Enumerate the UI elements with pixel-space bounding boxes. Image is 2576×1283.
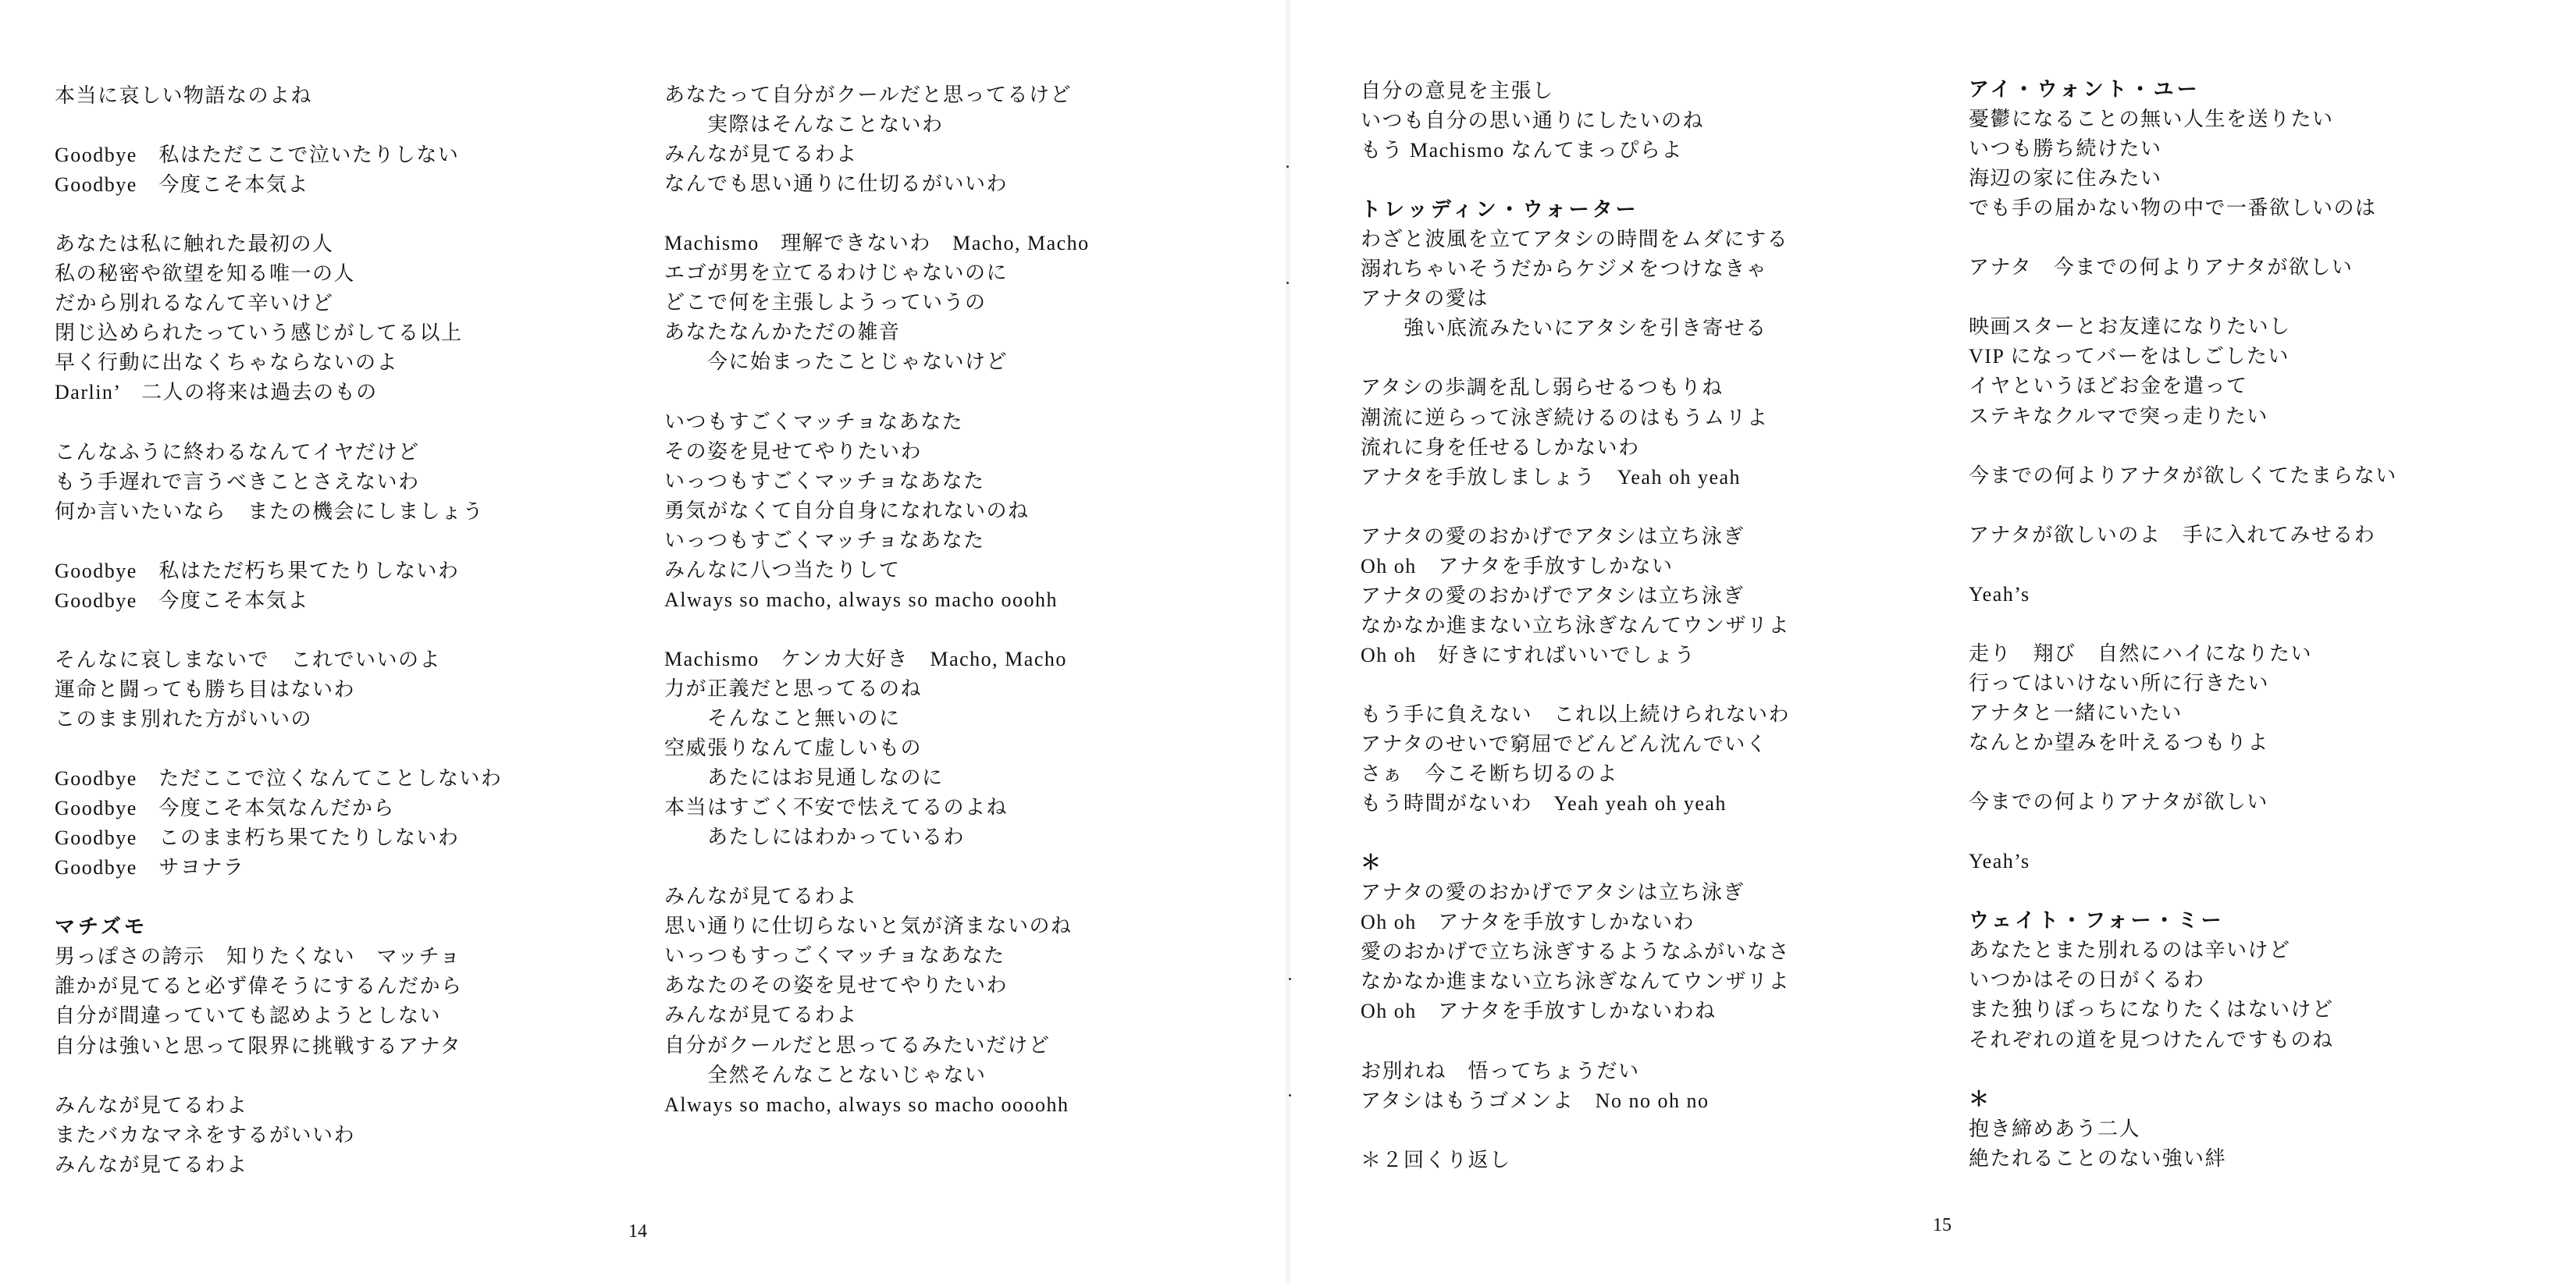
lyric-line: Oh oh アナタを手放すしかないわね: [1361, 997, 1954, 1026]
lyric-line: いつも勝ち続けたい: [1969, 134, 2562, 164]
page-number-right: 15: [1933, 1216, 1952, 1235]
lyric-line: さぁ 今こそ断ち切るのよ: [1361, 759, 1954, 789]
lyric-line: アナタのせいで窮屈でどんどん沈んでいく: [1361, 730, 1954, 759]
lyric-line: 自分がクールだと思ってるみたいだけど: [664, 1031, 1258, 1061]
lyric-line: アナタが欲しいのよ 手に入れてみせるわ: [1969, 521, 2562, 550]
lyric-line: 抱き締めあう二人: [1969, 1114, 2562, 1144]
lyric-line: いつかはその日がくるわ: [1969, 965, 2562, 995]
lyric-line: 流れに身を任せるしかないわ: [1361, 433, 1954, 463]
lyric-line: 全然そんなことないじゃない: [664, 1061, 1258, 1090]
lyrics-column-page15-left: 自分の意見を主張しいつも自分の思い通りにしたいのねもう Machismo なんて…: [1361, 76, 1954, 1175]
lyric-line: あたしにはわかっているわ: [664, 823, 1258, 852]
lyric-line: Goodbye 私はただここで泣いたりしない: [55, 140, 648, 170]
lyric-line: みんなが見てるわよ: [55, 1150, 648, 1180]
lyric-line: Oh oh アナタを手放すしかないわ: [1361, 908, 1954, 937]
lyric-line: Machismo ケンカ大好き Macho, Macho: [664, 645, 1258, 674]
lyric-line: あなたは私に触れた最初の人: [55, 229, 648, 259]
lyric-line: Goodbye 今度こそ本気よ: [55, 586, 648, 616]
lyric-line: 閉じ込められたっていう感じがしてる以上: [55, 318, 648, 348]
lyric-line: 潮流に逆らって泳ぎ続けるのはもうムリよ: [1361, 403, 1954, 433]
lyric-line: もう手遅れで言うべきことさえないわ: [55, 467, 648, 497]
lyric-line: 勇気がなくて自分自身になれないのね: [664, 496, 1258, 526]
lyric-line: わざと波風を立てアタシの時間をムダにする: [1361, 225, 1954, 254]
lyric-line: アナタと一緒にいたい: [1969, 698, 2562, 728]
stanza-break: [1361, 819, 1954, 848]
lyric-line: Goodbye 私はただ朽ち果てたりしないわ: [55, 556, 648, 586]
stanza-break: [1969, 283, 2562, 312]
lyric-line: Goodbye このまま朽ち果てたりしないわ: [55, 823, 648, 853]
lyric-line: 誰かが見てると必ず偉そうにするんだから: [55, 972, 648, 1001]
chorus-marker: ＊: [1361, 848, 1954, 878]
lyric-line: なかなか進まない立ち泳ぎなんてウンザリよ: [1361, 611, 1954, 641]
lyric-line: Yeah’s: [1969, 580, 2562, 610]
song-title: アイ・ウォント・ユー: [1969, 75, 2562, 105]
lyric-line: 愛のおかげで立ち泳ぎするようなふがいなさ: [1361, 937, 1954, 967]
stanza-break: [1969, 223, 2562, 253]
lyric-line: Darlin’ 二人の将来は過去のもの: [55, 378, 648, 407]
song-title: トレッディン・ウォーター: [1361, 195, 1954, 225]
lyric-line: 自分が間違っていても認めようとしない: [55, 1001, 648, 1031]
lyric-line: 溺れちゃいそうだからケジメをつけなきゃ: [1361, 254, 1954, 284]
stanza-break: [55, 527, 648, 556]
lyric-line: 私の秘密や欲望を知る唯一の人: [55, 259, 648, 289]
lyric-line: アナタの愛のおかげでアタシは立ち泳ぎ: [1361, 878, 1954, 908]
song-title: マチズモ: [55, 912, 648, 942]
lyric-line: Goodbye ただここで泣くなんてことしないわ: [55, 764, 648, 794]
stanza-break: [1969, 610, 2562, 639]
lyric-line: アタシの歩調を乱し弱らせるつもりね: [1361, 373, 1954, 403]
stanza-break: [1361, 165, 1954, 195]
lyric-line: 今までの何よりアナタが欲しくてたまらない: [1969, 461, 2562, 491]
lyric-line: 自分は強いと思って限界に挑戦するアナタ: [55, 1032, 648, 1061]
lyric-line: 今に始まったことじゃないけど: [664, 347, 1258, 377]
lyric-line: いつもすごくマッチョなあなた: [664, 407, 1258, 437]
lyric-line: VIP になってバーをはしごしたい: [1969, 342, 2562, 371]
lyric-line: アナタを手放しましょう Yeah oh yeah: [1361, 463, 1954, 492]
lyric-line: 男っぽさの誇示 知りたくない マッチョ: [55, 942, 648, 972]
stanza-break: [1969, 432, 2562, 461]
stanza-break: [1361, 343, 1954, 373]
lyric-line: なかなか進まない立ち泳ぎなんてウンザリよ: [1361, 967, 1954, 997]
stanza-break: [1969, 550, 2562, 580]
lyric-line: あなたって自分がクールだと思ってるけど: [664, 80, 1258, 110]
lyric-line: お別れね 悟ってちょうだい: [1361, 1057, 1954, 1086]
lyric-line: なんとか望みを叶えるつもりよ: [1969, 728, 2562, 758]
stanza-break: [1361, 492, 1954, 522]
stanza-break: [1969, 1055, 2562, 1085]
chorus-marker: ＊: [1969, 1085, 2562, 1114]
lyric-line: いつも自分の思い通りにしたいのね: [1361, 106, 1954, 136]
lyric-line: アナタの愛は: [1361, 284, 1954, 314]
lyric-line: イヤというほどお金を遣って: [1969, 371, 2562, 401]
lyric-line: 力が正義だと思ってるのね: [664, 674, 1258, 704]
lyric-line: 絶たれることのない強い絆: [1969, 1144, 2562, 1174]
lyric-line: Always so macho, always so macho ooohh: [664, 585, 1258, 615]
stanza-break: [55, 111, 648, 140]
lyric-line: エゴが男を立てるわけじゃないのに: [664, 258, 1258, 288]
lyrics-column-page14-right: あなたって自分がクールだと思ってるけど実際はそんなことないわみんなが見てるわよな…: [664, 80, 1258, 1120]
lyric-line: Goodbye 今度こそ本気よ: [55, 170, 648, 200]
lyric-line: Goodbye サヨナラ: [55, 853, 648, 883]
stanza-break: [55, 734, 648, 764]
lyric-line: 今までの何よりアナタが欲しい: [1969, 787, 2562, 817]
lyric-line: またバカなマネをするがいいわ: [55, 1121, 648, 1150]
stanza-break: [1969, 817, 2562, 847]
lyric-line: 行ってはいけない所に行きたい: [1969, 669, 2562, 698]
stanza-break: [55, 408, 648, 438]
lyric-line: 運命と闘っても勝ち目はないわ: [55, 675, 648, 705]
lyric-line: あなたなんかただの雑音: [664, 318, 1258, 347]
lyric-line: Yeah’s: [1969, 847, 2562, 876]
lyric-line: ＊２回くり返し: [1361, 1146, 1954, 1175]
lyric-line: その姿を見せてやりたいわ: [664, 437, 1258, 467]
stanza-break: [55, 616, 648, 645]
stanza-break: [664, 615, 1258, 645]
lyric-line: Always so macho, always so macho oooohh: [664, 1090, 1258, 1120]
stanza-break: [664, 377, 1258, 407]
lyrics-column-page15-right: アイ・ウォント・ユー憂鬱になることの無い人生を送りたいいつも勝ち続けたい海辺の家…: [1969, 75, 2562, 1174]
stanza-break: [1361, 1027, 1954, 1057]
lyric-line: また独りぼっちになりたくはないけど: [1969, 995, 2562, 1025]
lyric-line: もう時間がないわ Yeah yeah oh yeah: [1361, 789, 1954, 819]
lyric-line: それぞれの道を見つけたんですものね: [1969, 1025, 2562, 1055]
lyric-line: なんでも思い通りに仕切るがいいわ: [664, 169, 1258, 199]
scan-speck: [1289, 978, 1291, 980]
song-title: ウェイト・フォー・ミー: [1969, 906, 2562, 936]
lyric-line: 思い通りに仕切らないと気が済まないのね: [664, 912, 1258, 941]
lyric-line: みんなに八つ当たりして: [664, 556, 1258, 585]
lyric-line: Goodbye 今度こそ本気なんだから: [55, 794, 648, 823]
lyric-line: みんなが見てるわよ: [664, 1000, 1258, 1030]
lyric-line: どこで何を主張しようっていうの: [664, 288, 1258, 318]
lyric-line: 憂鬱になることの無い人生を送りたい: [1969, 105, 2562, 134]
lyrics-column-page14-left: 本当に哀しい物語なのよねGoodbye 私はただここで泣いたりしないGoodby…: [55, 81, 648, 1180]
lyric-line: でも手の届かない物の中で一番欲しいのは: [1969, 194, 2562, 223]
scan-speck: [1286, 165, 1289, 168]
lyric-line: みんなが見てるわよ: [664, 882, 1258, 912]
lyric-line: アナタの愛のおかげでアタシは立ち泳ぎ: [1361, 522, 1954, 552]
lyric-line: 実際はそんなことないわ: [664, 110, 1258, 140]
stanza-break: [55, 883, 648, 912]
lyric-line: あなたとまた別れるのは辛いけど: [1969, 936, 2562, 965]
lyric-line: アタシはもうゴメンよ No no oh no: [1361, 1086, 1954, 1116]
lyric-line: そんなこと無いのに: [664, 704, 1258, 734]
stanza-break: [1361, 1116, 1954, 1146]
lyric-line: みんなが見てるわよ: [55, 1091, 648, 1121]
lyric-line: Oh oh アナタを手放すしかない: [1361, 552, 1954, 581]
lyric-line: ステキなクルマで突っ走りたい: [1969, 402, 2562, 432]
lyric-line: Oh oh 好きにすればいいでしょう: [1361, 641, 1954, 670]
lyric-line: アナタ 今までの何よりアナタが欲しい: [1969, 253, 2562, 283]
lyric-line: だから別れるなんて辛いけど: [55, 289, 648, 318]
lyric-line: いっつもすっごくマッチョなあなた: [664, 941, 1258, 971]
stanza-break: [55, 200, 648, 229]
lyric-line: 空威張りなんて虚しいもの: [664, 734, 1258, 763]
lyric-line: このまま別れた方がいいの: [55, 705, 648, 734]
lyric-line: 走り 翔び 自然にハイになりたい: [1969, 639, 2562, 669]
stanza-break: [1969, 758, 2562, 787]
center-fold-gutter: [1284, 0, 1292, 1283]
lyric-line: みんなが見てるわよ: [664, 140, 1258, 169]
lyric-line: そんなに哀しまないで これでいいのよ: [55, 645, 648, 675]
lyric-line: もう Machismo なんてまっぴらよ: [1361, 136, 1954, 165]
lyric-line: いっつもすごくマッチョなあなた: [664, 467, 1258, 496]
lyric-line: あたにはお見通しなのに: [664, 763, 1258, 793]
stanza-break: [1361, 670, 1954, 700]
lyric-line: こんなふうに終わるなんてイヤだけど: [55, 438, 648, 467]
lyric-line: 海辺の家に住みたい: [1969, 164, 2562, 194]
stanza-break: [55, 1061, 648, 1091]
stanza-break: [1969, 876, 2562, 906]
lyric-line: 早く行動に出なくちゃならないのよ: [55, 348, 648, 378]
lyric-line: 映画スターとお友達になりたいし: [1969, 312, 2562, 342]
lyric-line: 何か言いたいなら またの機会にしましょう: [55, 497, 648, 527]
lyric-line: 自分の意見を主張し: [1361, 76, 1954, 106]
lyric-line: 強い底流みたいにアタシを引き寄せる: [1361, 314, 1954, 343]
lyric-line: 本当に哀しい物語なのよね: [55, 81, 648, 111]
lyric-line: Machismo 理解できないわ Macho, Macho: [664, 229, 1258, 258]
lyric-line: アナタの愛のおかげでアタシは立ち泳ぎ: [1361, 581, 1954, 611]
scan-speck: [1286, 282, 1289, 284]
page-number-left: 14: [628, 1222, 647, 1241]
stanza-break: [664, 199, 1258, 229]
lyric-line: もう手に負えない これ以上続けられないわ: [1361, 700, 1954, 730]
stanza-break: [1969, 491, 2562, 521]
scan-speck: [1289, 1094, 1291, 1096]
lyric-line: 本当はすごく不安で怯えてるのよね: [664, 793, 1258, 823]
stanza-break: [664, 852, 1258, 882]
lyric-line: あなたのその姿を見せてやりたいわ: [664, 971, 1258, 1000]
lyric-line: いっつもすごくマッチョなあなた: [664, 526, 1258, 556]
